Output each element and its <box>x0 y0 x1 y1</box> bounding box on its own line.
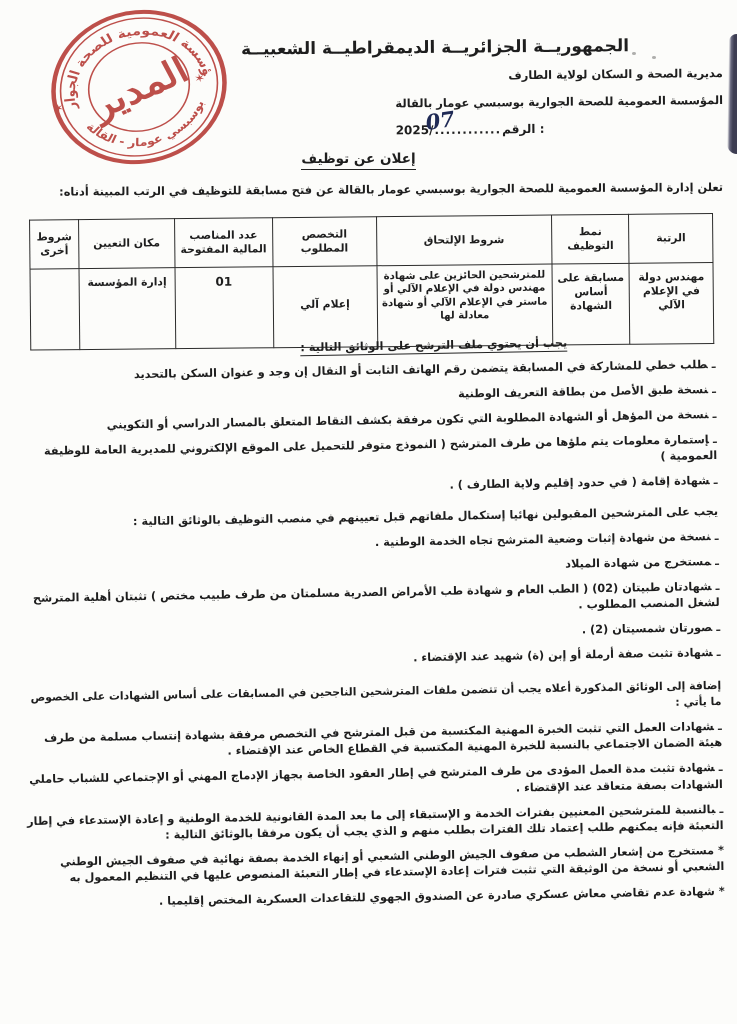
scan-speck <box>652 56 656 59</box>
reference-label: الرقم : <box>502 122 544 136</box>
bullet-marker: ـ <box>712 358 716 371</box>
bullet-marker: ـ <box>719 761 723 774</box>
document-list-item: ـنسخة طبق الأصل من بطاقة التعريف الوطنية <box>11 382 716 410</box>
item-text: صورتان شمسيتان (2) . <box>582 621 713 636</box>
document-list-item: ـنسخة من شهادة إثبات وضعية المترشح تجاه … <box>14 529 719 557</box>
document-list-item: ـبالنسبة للمترشحين المعنيين بفترات الخدم… <box>18 801 723 845</box>
document-body: يجب أن يحتوي ملف الترشح على الوثائق التا… <box>10 333 725 921</box>
finalization-heading: يجب على المترشحين المقبولين نهائيا إستكم… <box>13 504 718 532</box>
cell-open-positions: 01 <box>175 267 274 349</box>
table-header-cell: مكان التعيين <box>79 219 175 269</box>
table-header-cell: شروط أخرى <box>30 220 79 269</box>
table-header-cell: التخصص المطلوب <box>272 217 376 267</box>
required-documents-list: ـطلب خطي للمشاركة في المسابقة يتضمن رقم … <box>11 357 718 501</box>
cell-specialty: إعلام آلي <box>273 266 378 348</box>
reference-dots: ............07 <box>434 122 503 137</box>
document-list-item: ـشهادة تثبت صفة أرملة أو إبن (ة) شهيد عن… <box>16 645 721 673</box>
bullet-marker: ـ <box>714 474 718 487</box>
intro-paragraph: تعلن إدارة المؤسسة العمومية للصحة الجوار… <box>8 180 723 199</box>
cell-conditions: للمترشحين الحائزين على شهادة مهندس دولة … <box>377 264 553 347</box>
item-text: مستخرج من إشعار الشطب من صفوف الجيش الوط… <box>60 844 724 884</box>
document-list-item: ـصورتان شمسيتان (2) . <box>15 620 720 648</box>
stamp-center-text: المدير <box>80 48 195 129</box>
document-list-item: ـطلب خطي للمشاركة في المسابقة يتضمن رقم … <box>11 357 716 385</box>
scan-edge-artifact <box>727 34 737 154</box>
cell-recruitment-mode: مسابقة على أساس الشهادة <box>552 263 630 345</box>
document-list-item: ـإستمارة معلومات يتم ملؤها من طرف المترش… <box>12 432 717 476</box>
item-text: شهادة عدم تقاضي معاش عسكري صادرة عن الصن… <box>159 885 715 908</box>
bullet-marker: ـ <box>715 530 719 543</box>
handwritten-reference-number: 07 <box>424 106 457 135</box>
header-right-block: مديرية الصحة و السكان لولاية الطارف المؤ… <box>395 66 723 137</box>
bullet-marker: ـ <box>718 720 722 733</box>
item-text: طلب خطي للمشاركة في المسابقة يتضمن رقم ا… <box>134 358 708 381</box>
table-header-cell: عدد المناصب المالية المفتوحة <box>174 218 272 268</box>
item-text: نسخة من المؤهل أو الشهادة المطلوبة التي … <box>107 408 709 432</box>
bullet-marker: ـ <box>715 555 719 568</box>
document-list-item: ـمستخرج من شهادة الميلاد <box>14 554 719 582</box>
table-header-cell: شروط الإلتحاق <box>376 215 552 266</box>
bullet-marker: * <box>718 844 724 857</box>
document-list-item: ـشهادتان طبيتان (02) ( الطب العام و شهاد… <box>14 579 719 623</box>
table-header-cell: الرتبة <box>629 214 713 264</box>
additional-documents-heading: إضافة إلى الوثائق المذكورة أعلاه يجب أن … <box>16 678 721 721</box>
directorate-line: مديرية الصحة و السكان لولاية الطارف <box>395 66 723 83</box>
item-text: شهادة إقامة ( في حدود إقليم ولاية الطارف… <box>449 474 709 492</box>
item-text: إستمارة معلومات يتم ملؤها من طرف المترشح… <box>44 433 717 463</box>
item-text: بالنسبة للمترشحين المعنيين بفترات الخدمة… <box>27 803 724 842</box>
document-list-item: *مستخرج من إشعار الشطب من صفوف الجيش الو… <box>19 843 724 887</box>
table-header-row: الرتبةنمط التوظيفشروط الإلتحاقالتخصص الم… <box>30 214 713 270</box>
item-text: نسخة طبق الأصل من بطاقة التعريف الوطنية <box>458 383 708 400</box>
cell-other-conditions <box>30 269 80 350</box>
item-text: نسخة من شهادة إثبات وضعية المترشح تجاه ا… <box>375 530 711 549</box>
item-text: شهادة تثبت صفة أرملة أو إبن (ة) شهيد عند… <box>413 646 713 664</box>
bullet-marker: * <box>719 885 725 898</box>
document-list-item: ـشهادات العمل التي تثبت الخبرة المهنية ا… <box>17 719 722 763</box>
recruitment-table: الرتبةنمط التوظيفشروط الإلتحاقالتخصص الم… <box>29 213 714 351</box>
bullet-marker: ـ <box>712 383 716 396</box>
table-header-cell: نمط التوظيف <box>551 214 629 264</box>
bullet-marker: ـ <box>712 408 716 421</box>
announcement-title: إعلان عن توظيف <box>0 151 717 167</box>
bullet-marker: ـ <box>713 433 717 446</box>
item-text: شهادات العمل التي تثبت الخبرة المهنية ال… <box>44 720 722 758</box>
additional-documents-list: ـشهادات العمل التي تثبت الخبرة المهنية ا… <box>17 719 725 912</box>
item-text: مستخرج من شهادة الميلاد <box>565 555 711 571</box>
finalization-documents-list: ـنسخة من شهادة إثبات وضعية المترشح تجاه … <box>14 529 721 673</box>
cell-location: إدارة المؤسسة <box>79 268 176 350</box>
cell-rank: مهندس دولة في الإعلام الآلي <box>629 263 713 345</box>
star-icon: ✶ <box>52 101 65 116</box>
document-list-item: ـشهادة إقامة ( في حدود إقليم ولاية الطار… <box>13 473 718 501</box>
bullet-marker: ـ <box>717 646 721 659</box>
document-list-item: *شهادة عدم تقاضي معاش عسكري صادرة عن الص… <box>20 884 725 912</box>
bullet-marker: ـ <box>715 580 719 593</box>
item-text: شهادة تثبت مدة العمل المؤدى من طرف المتر… <box>29 762 723 795</box>
reference-number-line: 2025/............07الرقم : <box>396 120 724 137</box>
bullet-marker: ـ <box>716 621 720 634</box>
republic-title: الجمهوريــة الجزائريــة الديمقراطيــة ال… <box>219 36 651 60</box>
scanned-job-announcement-page: المؤسسة العمومية للصحة الجوارية بوسبسي ع… <box>0 0 737 1024</box>
document-list-item: ـنسخة من المؤهل أو الشهادة المطلوبة التي… <box>11 407 716 435</box>
bullet-marker: ـ <box>719 802 723 815</box>
item-text: شهادتان طبيتان (02) ( الطب العام و شهادة… <box>33 580 720 611</box>
document-list-item: ـشهادة تثبت مدة العمل المؤدى من طرف المت… <box>18 760 723 804</box>
